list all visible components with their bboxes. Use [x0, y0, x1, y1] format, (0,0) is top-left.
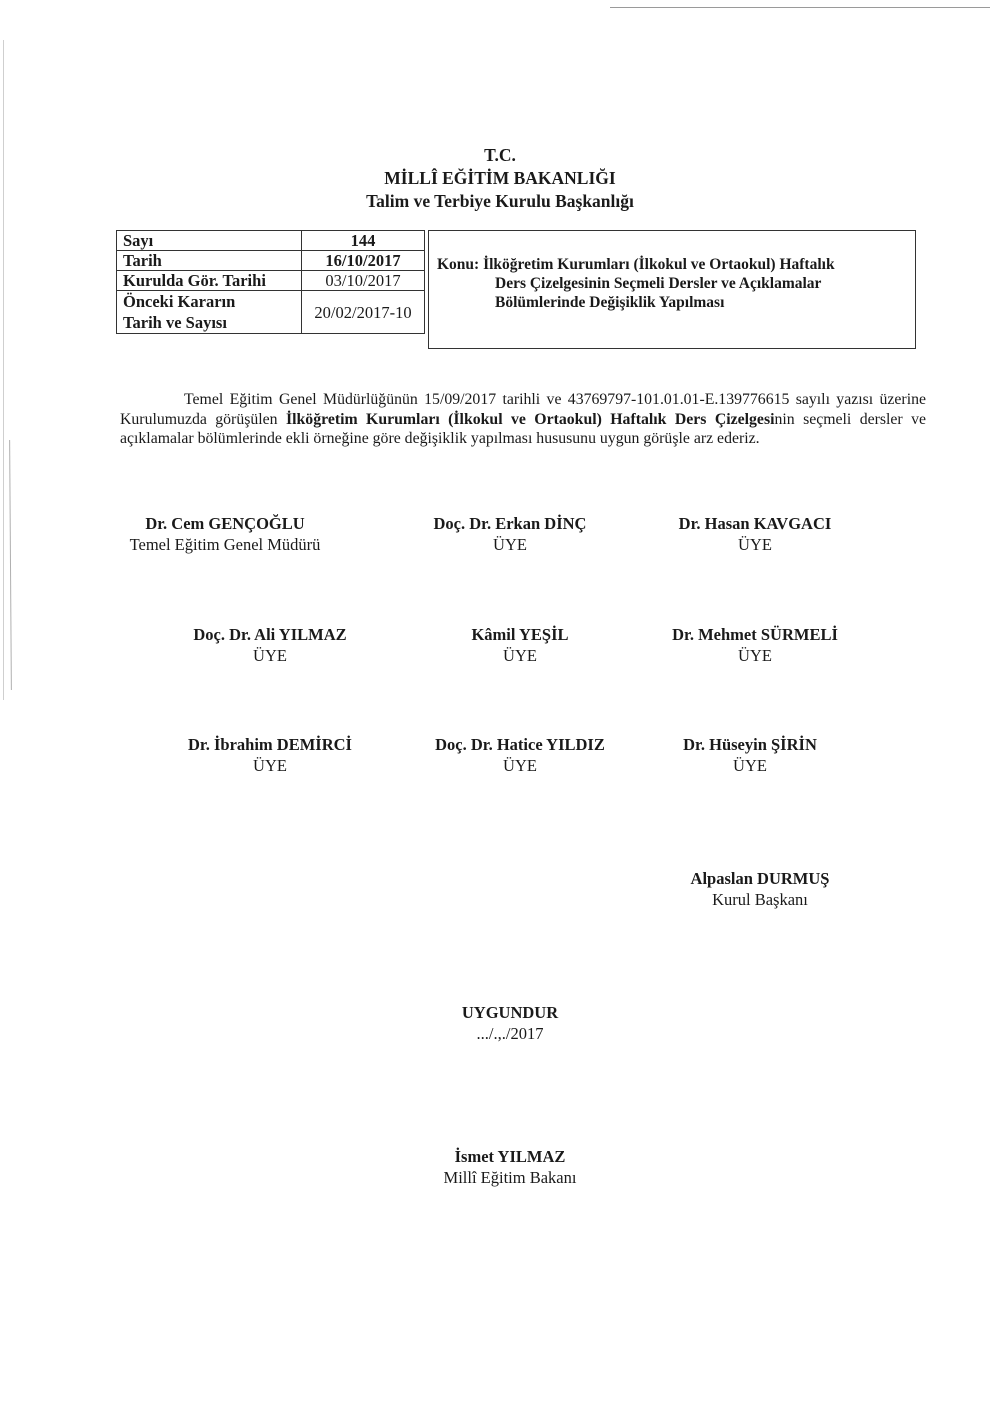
subject-line2: Ders Çizelgesinin Seçmeli Dersler ve Açı…	[437, 274, 835, 293]
kurulda-gor-tarihi-value: 03/10/2017	[302, 271, 425, 291]
signatory-title: ÜYE	[415, 755, 625, 776]
onceki-karar-value: 20/02/2017-10	[302, 291, 425, 334]
signatory-title: ÜYE	[165, 755, 375, 776]
signatory-title: ÜYE	[650, 534, 860, 555]
onceki-karar-label: Önceki Kararın Tarih ve Sayısı	[117, 291, 302, 334]
signature-block: Doç. Dr. Hatice YILDIZ ÜYE	[415, 734, 625, 776]
approval-block: UYGUNDUR .../.,./2017	[400, 1002, 620, 1044]
signatory-name: Dr. Cem GENÇOĞLU	[120, 513, 330, 534]
minister-title: Millî Eğitim Bakanı	[400, 1167, 620, 1188]
signature-block: Dr. İbrahim DEMİRCİ ÜYE	[165, 734, 375, 776]
minister-name: İsmet YILMAZ	[400, 1146, 620, 1167]
subject-text: Konu: İlköğretim Kurumları (İlkokul ve O…	[437, 255, 835, 312]
signatory-name: Dr. Hasan KAVGACI	[650, 513, 860, 534]
table-row: Sayı 144	[117, 231, 425, 251]
subject-box: Konu: İlköğretim Kurumları (İlkokul ve O…	[428, 230, 916, 349]
header-ministry: MİLLÎ EĞİTİM BAKANLIĞI	[0, 167, 1000, 190]
subject-line1: Konu: İlköğretim Kurumları (İlkokul ve O…	[437, 255, 835, 274]
header-tc: T.C.	[0, 144, 1000, 167]
table-row: Kurulda Gör. Tarihi 03/10/2017	[117, 271, 425, 291]
approval-label: UYGUNDUR	[400, 1002, 620, 1023]
chairman-name: Alpaslan DURMUŞ	[650, 868, 870, 889]
body-paragraph: Temel Eğitim Genel Müdürlüğünün 15/09/20…	[120, 390, 926, 449]
signatory-name: Dr. Mehmet SÜRMELİ	[650, 624, 860, 645]
signatory-name: Doç. Dr. Ali YILMAZ	[165, 624, 375, 645]
signature-block: Doç. Dr. Ali YILMAZ ÜYE	[165, 624, 375, 666]
signatory-title: ÜYE	[405, 534, 615, 555]
scan-artifact-edge	[9, 440, 12, 690]
tarih-label: Tarih	[117, 251, 302, 271]
chairman-signature: Alpaslan DURMUŞ Kurul Başkanı	[650, 868, 870, 910]
signatory-name: Kâmil YEŞİL	[415, 624, 625, 645]
signatory-name: Dr. Hüseyin ŞİRİN	[645, 734, 855, 755]
chairman-title: Kurul Başkanı	[650, 889, 870, 910]
sayi-value: 144	[302, 231, 425, 251]
signatory-name: Doç. Dr. Erkan DİNÇ	[405, 513, 615, 534]
scan-artifact-line	[610, 7, 990, 8]
scan-artifact-edge	[3, 40, 4, 700]
signatory-title: ÜYE	[650, 645, 860, 666]
table-row: Tarih 16/10/2017	[117, 251, 425, 271]
signatory-title: ÜYE	[645, 755, 855, 776]
signatory-title: Temel Eğitim Genel Müdürü	[120, 534, 330, 555]
approval-date: .../.,./2017	[400, 1023, 620, 1044]
body-text-bold: İlköğretim Kurumları (İlkokul ve Ortaoku…	[286, 411, 775, 428]
signatory-name: Dr. İbrahim DEMİRCİ	[165, 734, 375, 755]
signature-block: Dr. Mehmet SÜRMELİ ÜYE	[650, 624, 860, 666]
minister-signature: İsmet YILMAZ Millî Eğitim Bakanı	[400, 1146, 620, 1188]
signatory-title: ÜYE	[415, 645, 625, 666]
signature-block: Kâmil YEŞİL ÜYE	[415, 624, 625, 666]
signature-block: Doç. Dr. Erkan DİNÇ ÜYE	[405, 513, 615, 555]
signature-block: Dr. Hüseyin ŞİRİN ÜYE	[645, 734, 855, 776]
document-header: T.C. MİLLÎ EĞİTİM BAKANLIĞI Talim ve Ter…	[0, 144, 1000, 213]
signatory-name: Doç. Dr. Hatice YILDIZ	[415, 734, 625, 755]
decision-info-table: Sayı 144 Tarih 16/10/2017 Kurulda Gör. T…	[116, 230, 425, 334]
tarih-value: 16/10/2017	[302, 251, 425, 271]
onceki-karar-label-line2: Tarih ve Sayısı	[123, 312, 295, 333]
signature-block: Dr. Cem GENÇOĞLU Temel Eğitim Genel Müdü…	[120, 513, 330, 555]
signatory-title: ÜYE	[165, 645, 375, 666]
kurulda-gor-tarihi-label: Kurulda Gör. Tarihi	[117, 271, 302, 291]
signature-block: Dr. Hasan KAVGACI ÜYE	[650, 513, 860, 555]
onceki-karar-label-line1: Önceki Kararın	[123, 291, 295, 312]
header-department: Talim ve Terbiye Kurulu Başkanlığı	[0, 190, 1000, 213]
table-row: Önceki Kararın Tarih ve Sayısı 20/02/201…	[117, 291, 425, 334]
subject-line3: Bölümlerinde Değişiklik Yapılması	[437, 293, 835, 312]
sayi-label: Sayı	[117, 231, 302, 251]
